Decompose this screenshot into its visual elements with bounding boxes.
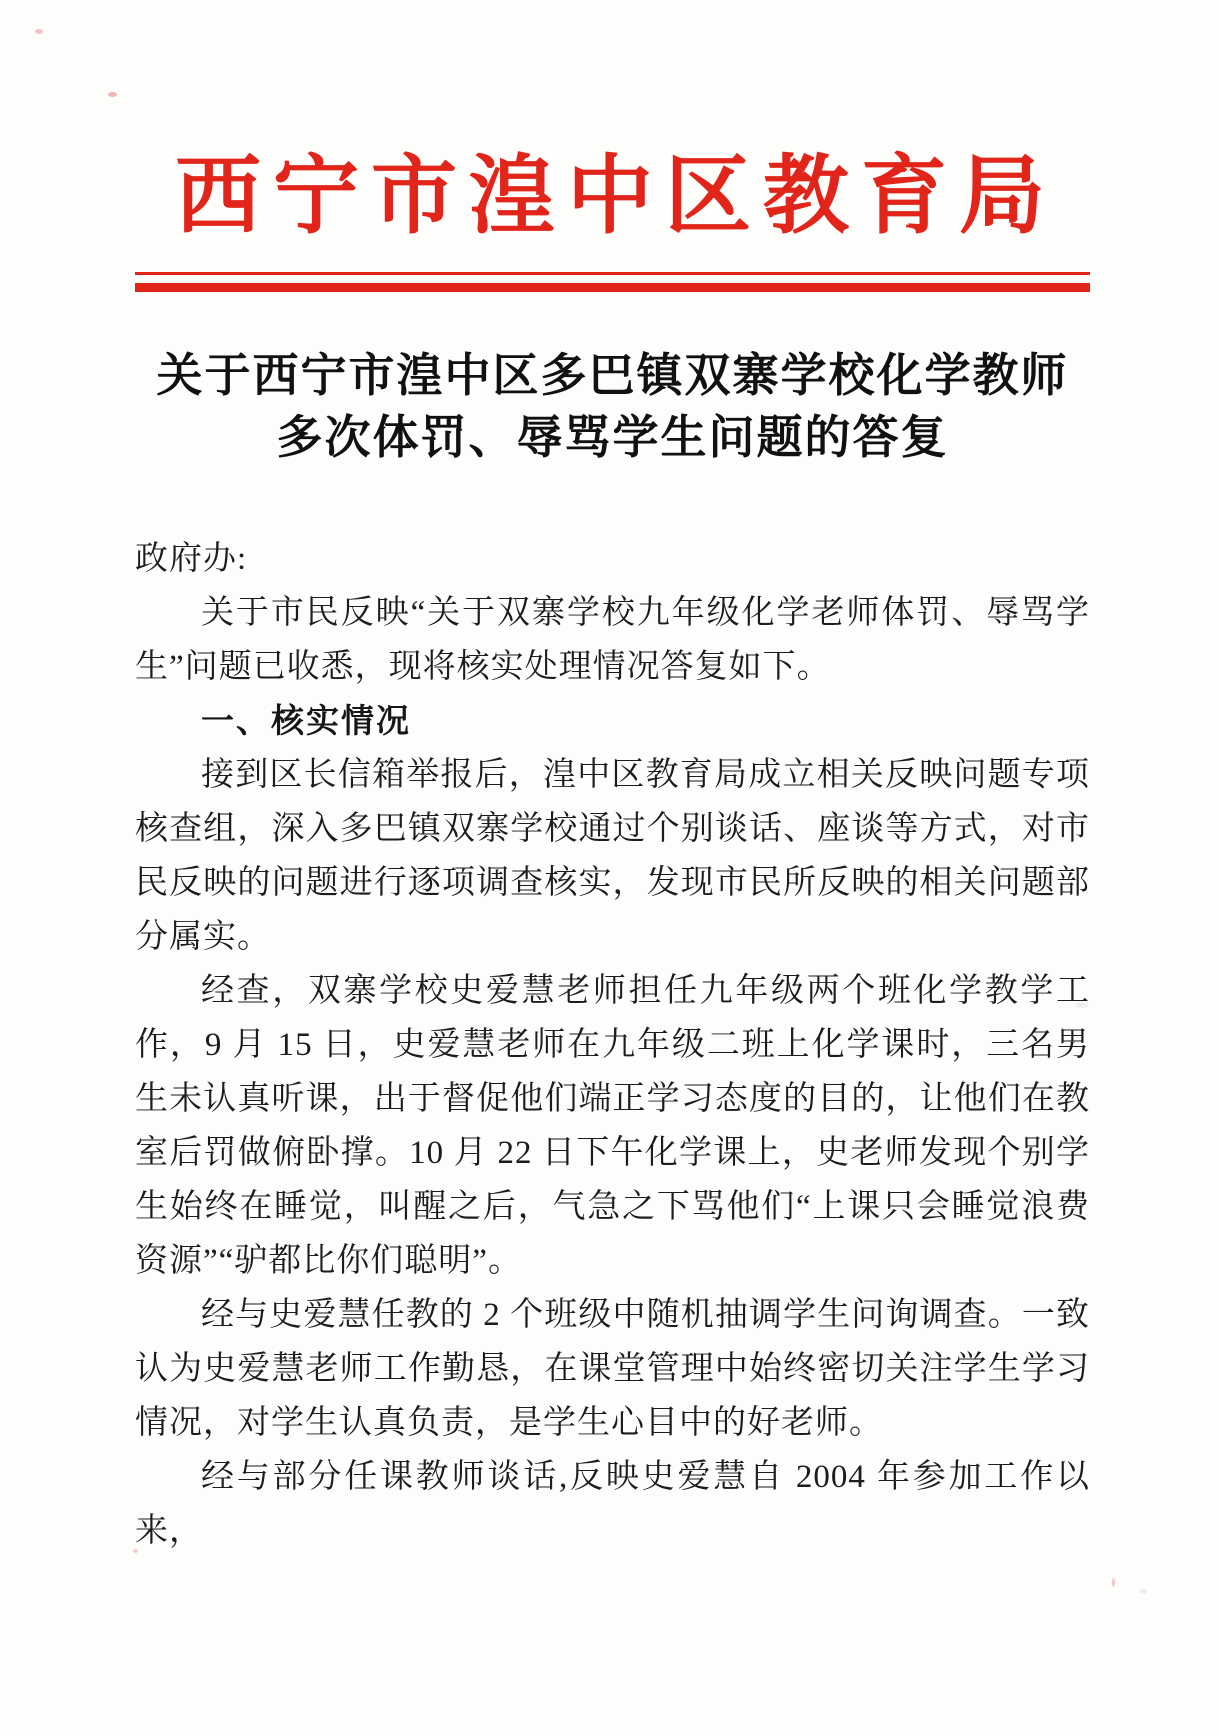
paragraph-findings: 经查，双寨学校史爱慧老师担任九年级两个班化学教学工作，9 月 15 日，史爱慧老… (135, 964, 1090, 1288)
scan-artifact (1140, 1589, 1147, 1594)
document-title-line2: 多次体罚、辱骂学生问题的答复 (277, 410, 949, 464)
paragraph-teacher-interviews: 经与部分任课教师谈话,反映史爱慧自 2004 年参加工作以来， (135, 1450, 1090, 1558)
document-title-line1: 关于西宁市湟中区多巴镇双寨学校化学教师 (157, 348, 1069, 402)
section-heading-1: 一、核实情况 (135, 694, 1090, 748)
letterhead-rules (135, 272, 1090, 292)
letterhead-org-name: 西宁市湟中区教育局 (0, 150, 1220, 242)
letterhead-rule-thick (135, 283, 1090, 292)
document-page: 西宁市湟中区教育局 关于西宁市湟中区多巴镇双寨学校化学教师 多次体罚、辱骂学生问… (0, 0, 1220, 1736)
document-body: 政府办:关于市民反映“关于双寨学校九年级化学老师体罚、辱骂学生”问题已收悉，现将… (135, 532, 1090, 1558)
paragraph-student-survey: 经与史爱慧任教的 2 个班级中随机抽调学生问询调查。一致认为史爱慧老师工作勤恳，… (135, 1288, 1090, 1450)
paragraph-intro: 关于市民反映“关于双寨学校九年级化学老师体罚、辱骂学生”问题已收悉，现将核实处理… (135, 586, 1090, 694)
salutation: 政府办: (135, 532, 1090, 586)
letterhead: 西宁市湟中区教育局 (0, 0, 1220, 292)
paragraph-investigation-setup: 接到区长信箱举报后，湟中区教育局成立相关反映问题专项核查组，深入多巴镇双寨学校通… (135, 748, 1090, 964)
letterhead-rule-thin (135, 272, 1090, 275)
document-title: 关于西宁市湟中区多巴镇双寨学校化学教师 多次体罚、辱骂学生问题的答复 (135, 344, 1090, 468)
scan-artifact (1112, 1578, 1115, 1587)
